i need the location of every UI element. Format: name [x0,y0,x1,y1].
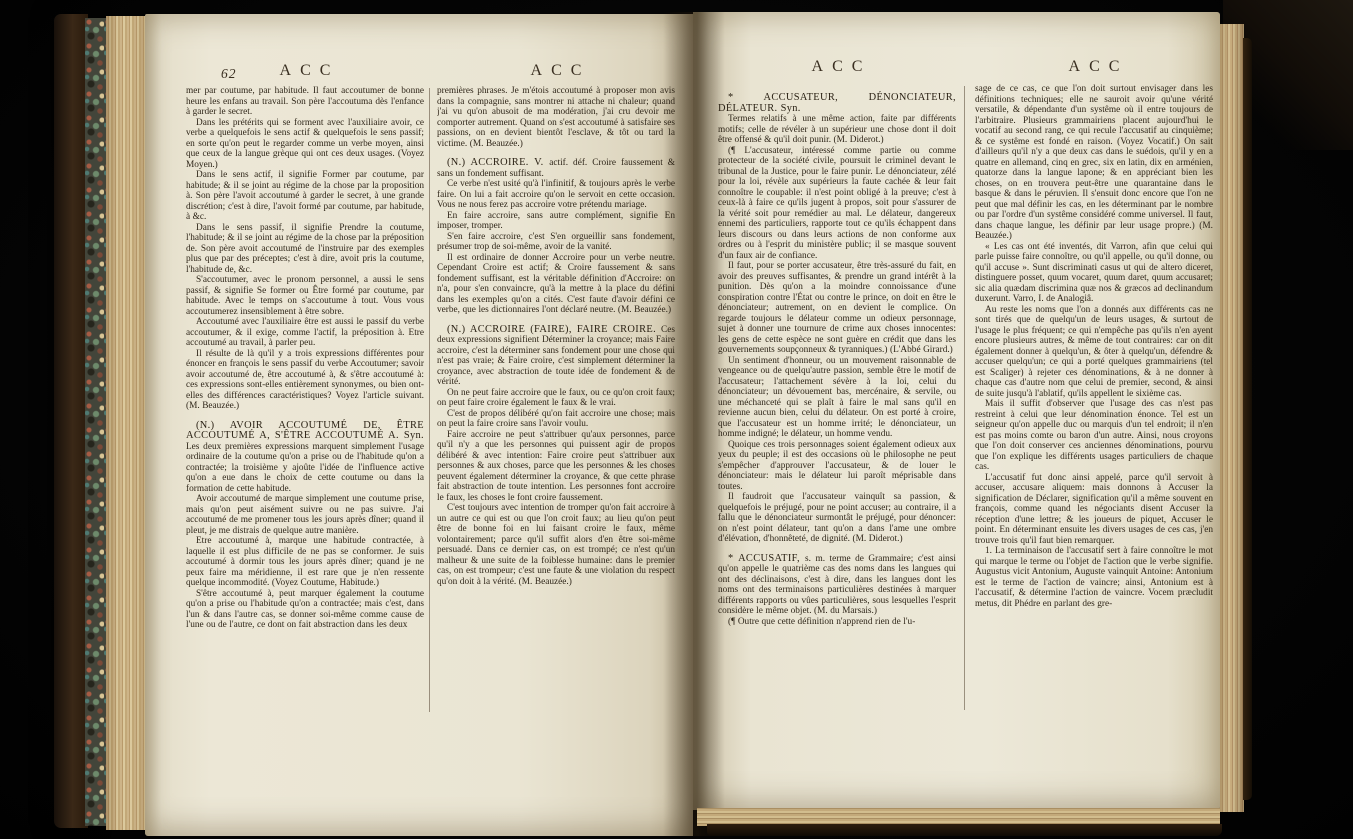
book-photo: 62 ACC ACC mer par coutume, par habitude… [0,0,1353,839]
column-header: ACC [975,58,1213,76]
entry-heading: * ACCUSATEUR, DÉNONCIATEUR, DÉLATEUR. Sy… [718,92,956,114]
column-rule [429,88,430,712]
paragraph: Etre accoutumé à, marque une habitude co… [186,536,424,589]
paragraph: Ce verbe n'est usité qu'à l'infinitif, &… [437,179,675,211]
text-column: * ACCUSATEUR, DÉNONCIATEUR, DÉLATEUR. Sy… [718,84,956,720]
left-page: 62 ACC ACC mer par coutume, par habitude… [145,14,693,836]
paragraph: Il résulte de là qu'il y a trois express… [186,349,424,412]
paragraph: (¶ Outre que cette définition n'apprend … [718,617,956,628]
entry-paragraph: (N.) ACCROIRE (FAIRE), FAIRE CROIRE. Ces… [437,325,675,388]
paragraph: Un sentiment d'honneur, ou un mouvement … [718,356,956,440]
entry-heading: (N.) AVOIR ACCOUTUMÉ DE, ÊTRE ACCOUTUMÉ … [186,420,424,442]
bottom-cover-board [707,824,1222,836]
paragraph: 1. La terminaison de l'accusatif sert à … [975,546,1213,609]
open-book: 62 ACC ACC mer par coutume, par habitude… [52,8,1252,834]
paragraph: C'est toujours avec intention de tromper… [437,503,675,587]
marbled-endpaper-edge [85,18,108,826]
text-column: mer par coutume, par habitude. Il faut a… [186,86,424,722]
paragraph: Il faudroit que l'accusateur vainquît sa… [718,492,956,545]
paragraph: « Les cas ont été inventés, dit Varron, … [975,242,1213,305]
paragraph: mer par coutume, par habitude. Il faut a… [186,86,424,118]
column-header: ACC [186,62,424,80]
paragraph: Accoutumé avec l'auxiliaire être est aus… [186,317,424,349]
entry-paragraph: (N.) ACCROIRE. V. actif. déf. Croire fau… [437,158,675,179]
entry-heading: * ACCUSATIF, [728,553,805,564]
paragraph: L'accusatif fut donc ainsi appelé, parce… [975,473,1213,547]
column-header: ACC [437,62,675,80]
column-rule [964,86,965,710]
paragraph: S'accoutumer, avec le pronom personnel, … [186,275,424,317]
entry-heading: (N.) ACCROIRE. V. [447,157,549,168]
paragraph: Dans le sens passif, il signifie Prendre… [186,223,424,276]
text-column: sage de ce cas, ce que l'on doit surtout… [975,84,1213,720]
paragraph: Quoique ces trois personnages soient éga… [718,440,956,493]
paragraph: C'est de propos délibéré qu'on fait accr… [437,409,675,430]
right-page-fore-edge [1220,24,1244,812]
left-page-fore-edge [106,16,148,830]
paragraph: Termes relatifs à une même action, faite… [718,114,956,146]
paragraph: Dans les prétérits qui se forment avec l… [186,118,424,171]
paragraph: Il est ordinaire de donner Accroire pour… [437,253,675,316]
paragraph: En faire accroire, sans autre complément… [437,211,675,232]
right-cover-board [1243,38,1252,800]
paragraph: S'en faire accroire, c'est S'en orgueill… [437,232,675,253]
entry-heading: (N.) ACCROIRE (FAIRE), FAIRE CROIRE. [447,324,661,335]
column-header: ACC [718,58,956,76]
paragraph: premières phrases. Je m'étois accoutumé … [437,86,675,149]
paragraph: On ne peut faire accroire que le faux, o… [437,388,675,409]
entry-paragraph: (N.) AVOIR ACCOUTUMÉ DE, ÊTRE ACCOUTUMÉ … [186,421,424,495]
right-page: ACC ACC 63 * ACCUSATEUR, DÉNONCIATEUR, D… [693,12,1220,810]
entry-paragraph: * ACCUSATEUR, DÉNONCIATEUR, DÉLATEUR. Sy… [718,93,956,114]
paragraph: Avoir accoutumé de marque simplement une… [186,494,424,536]
paragraph: S'être accoutumé à, peut marquer égaleme… [186,589,424,631]
paragraph: sage de ce cas, ce que l'on doit surtout… [975,84,1213,242]
paragraph: Faire accroire ne peut s'attribuer qu'au… [437,430,675,504]
paragraph: (¶ L'accusateur, intéressé comme partie … [718,146,956,262]
paragraph: Au reste les noms que l'on a donnés aux … [975,305,1213,400]
paragraph: Il faut, pour se porter accusateur, être… [718,261,956,356]
left-cover-board [54,14,88,828]
paragraph: Mais il suffit d'observer que l'usage de… [975,399,1213,473]
text-column: premières phrases. Je m'étois accoutumé … [437,86,675,722]
paragraph: Dans le sens actif, il signifie Former p… [186,170,424,223]
entry-paragraph: * ACCUSATIF, s. m. terme de Grammaire; c… [718,554,956,617]
